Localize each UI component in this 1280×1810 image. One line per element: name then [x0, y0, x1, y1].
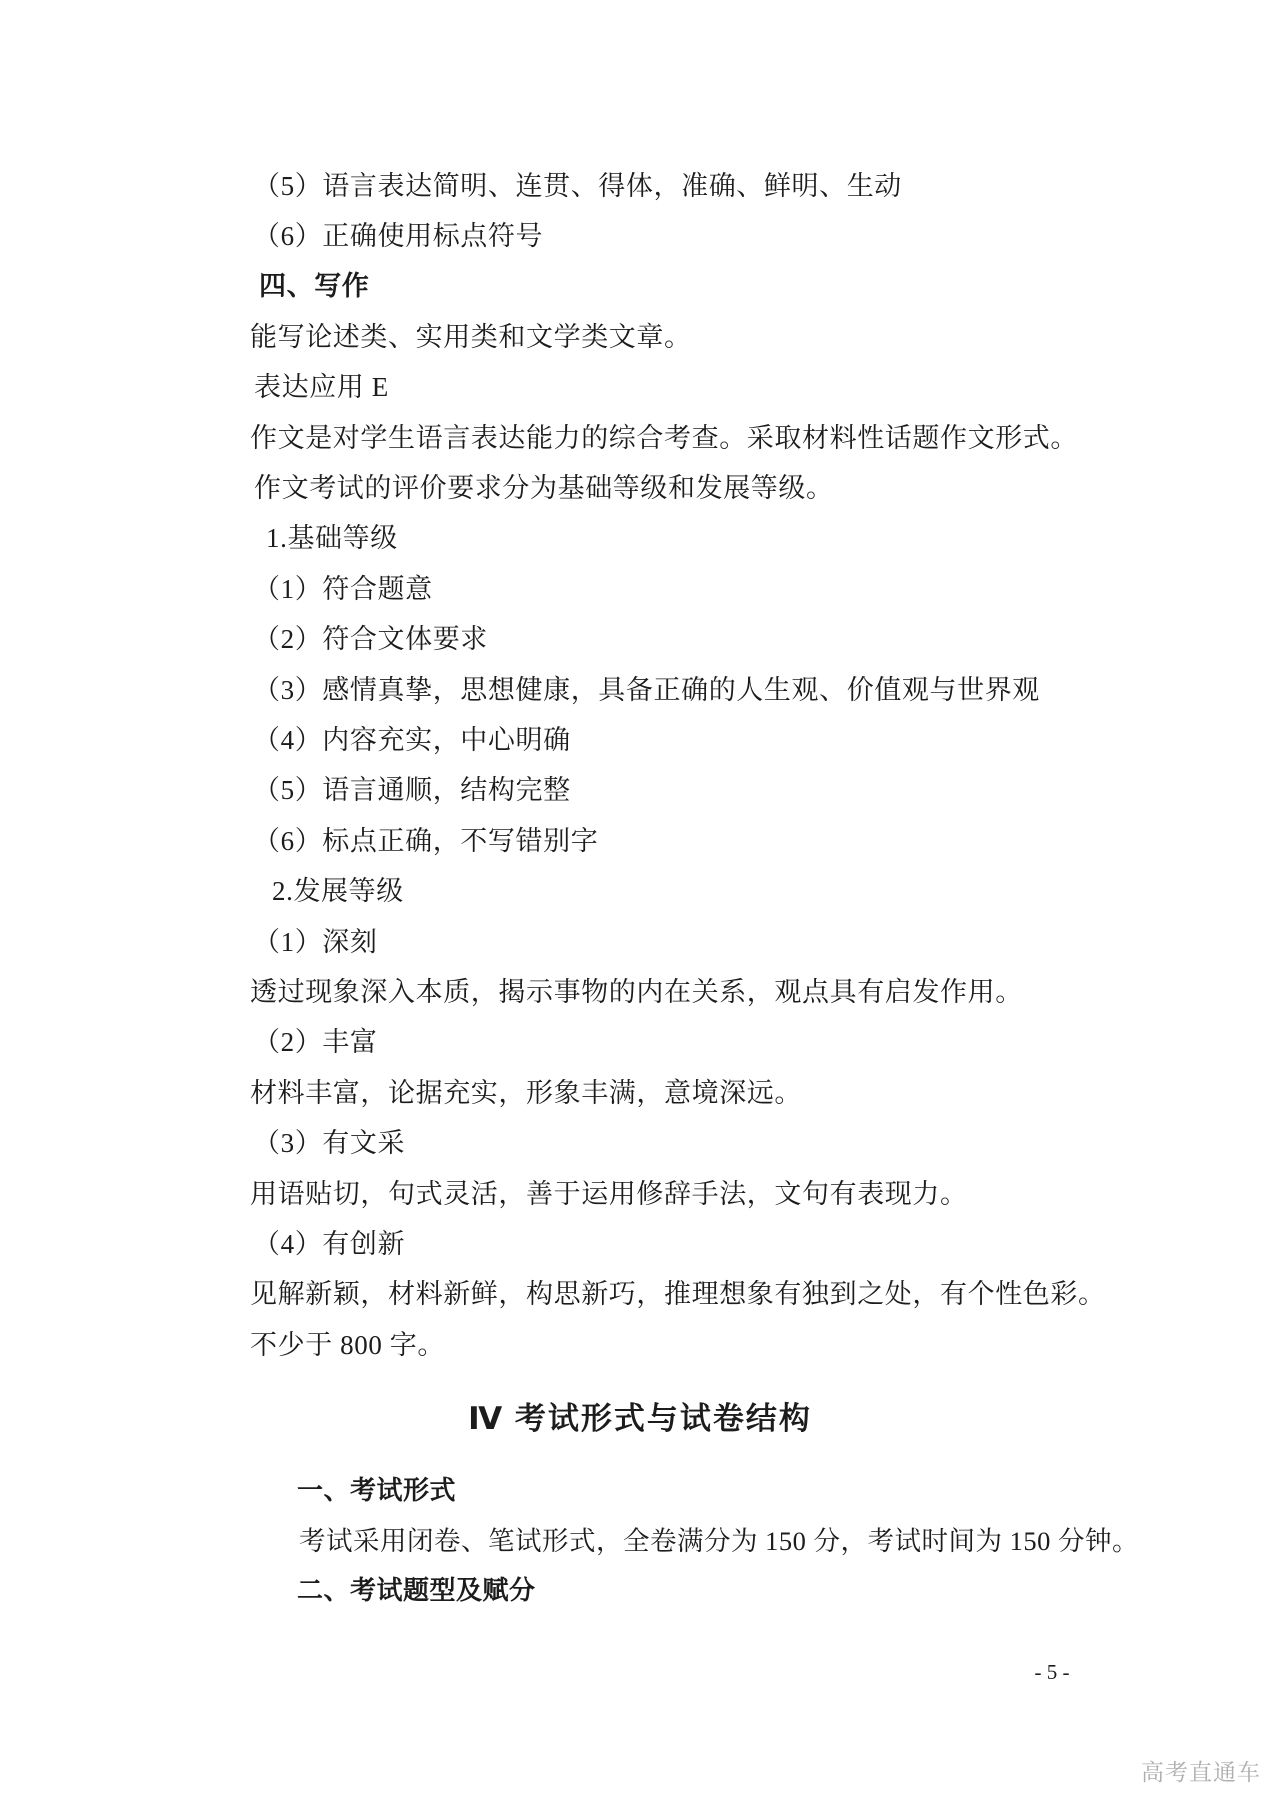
chapter-heading-exam-format: Ⅳ 考试形式与试卷结构	[0, 1367, 1280, 1463]
criteria-item: （5）语言表达简明、连贯、得体，准确、鲜明、生动	[0, 158, 1280, 208]
criteria-item: （4）有创新	[0, 1216, 1280, 1266]
paragraph: 能写论述类、实用类和文学类文章。	[0, 309, 1280, 359]
paragraph: 材料丰富，论据充实，形象丰满，意境深远。	[0, 1065, 1280, 1115]
list-heading-basic-level: 1.基础等级	[0, 511, 1280, 561]
criteria-item: （1）深刻	[0, 914, 1280, 964]
criteria-item: （6）正确使用标点符号	[0, 208, 1280, 258]
criteria-item: （2）符合文体要求	[0, 612, 1280, 662]
criteria-item: （2）丰富	[0, 1015, 1280, 1065]
criteria-item: （6）标点正确，不写错别字	[0, 813, 1280, 863]
paragraph: 表达应用 E	[0, 360, 1280, 410]
section-heading-writing: 四、写作	[0, 259, 1280, 309]
document-content: （5）语言表达简明、连贯、得体，准确、鲜明、生动 （6）正确使用标点符号 四、写…	[0, 158, 1280, 1613]
paragraph: 考试采用闭卷、笔试形式，全卷满分为 150 分，考试时间为 150 分钟。	[0, 1513, 1280, 1563]
criteria-item: （3）感情真挚，思想健康，具备正确的人生观、价值观与世界观	[0, 662, 1280, 712]
criteria-item: （1）符合题意	[0, 561, 1280, 611]
document-page: （5）语言表达简明、连贯、得体，准确、鲜明、生动 （6）正确使用标点符号 四、写…	[0, 0, 1280, 1810]
paragraph: 透过现象深入本质，揭示事物的内在关系，观点具有启发作用。	[0, 964, 1280, 1014]
subsection-heading-exam-form: 一、考试形式	[0, 1463, 1280, 1513]
paragraph: 不少于 800 字。	[0, 1317, 1280, 1367]
page-number: - 5 -	[1012, 1660, 1092, 1685]
paragraph: 见解新颖，材料新鲜，构思新巧，推理想象有独到之处，有个性色彩。	[0, 1267, 1280, 1317]
list-heading-development-level: 2.发展等级	[0, 863, 1280, 913]
paragraph: 作文考试的评价要求分为基础等级和发展等级。	[0, 460, 1280, 510]
criteria-item: （4）内容充实，中心明确	[0, 712, 1280, 762]
criteria-item: （5）语言通顺，结构完整	[0, 763, 1280, 813]
paragraph: 作文是对学生语言表达能力的综合考查。采取材料性话题作文形式。	[0, 410, 1280, 460]
watermark-label: 高考直通车	[1141, 1754, 1261, 1787]
criteria-item: （3）有文采	[0, 1115, 1280, 1165]
paragraph: 用语贴切，句式灵活，善于运用修辞手法，文句有表现力。	[0, 1166, 1280, 1216]
subsection-heading-question-types: 二、考试题型及赋分	[0, 1563, 1280, 1613]
